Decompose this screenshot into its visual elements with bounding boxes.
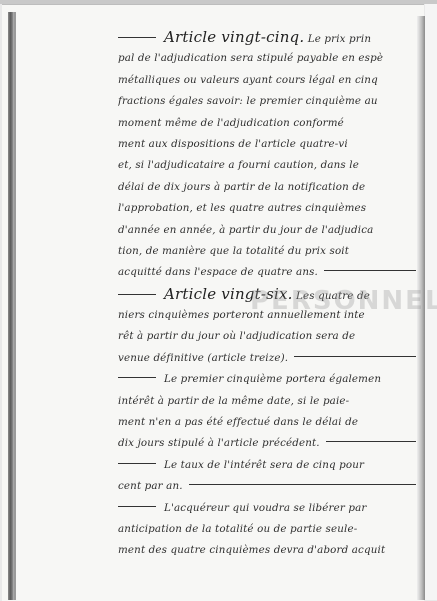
watermark: PERSONNEL (250, 286, 437, 316)
manuscript-line: Le premier cinquième portera égalemen (118, 369, 418, 390)
paragraph-dash (118, 377, 156, 378)
line-text: ment n'en a pas été effectué dans le dél… (118, 416, 358, 428)
paragraph-dash (118, 37, 156, 38)
manuscript-line: L'acquéreur qui voudra se libérer par (118, 498, 418, 519)
line-text: ment des quatre cinquièmes devra d'abord… (118, 544, 385, 556)
paragraph-dash (118, 294, 156, 295)
line-filler-dash (189, 484, 416, 485)
manuscript-line: ment n'en a pas été effectué dans le dél… (118, 412, 418, 433)
manuscript-line: cent par an. (118, 476, 418, 497)
line-text: cent par an. (118, 480, 183, 492)
manuscript-line: Le taux de l'intérêt sera de cinq pour (118, 455, 418, 476)
manuscript-line: anticipation de la totalité ou de partie… (118, 519, 418, 540)
page-binding-line (14, 12, 16, 600)
line-filler-dash (324, 270, 416, 271)
manuscript-line: métalliques ou valeurs ayant cours légal… (118, 70, 418, 91)
line-text: d'année en année, à partir du jour de l'… (118, 224, 373, 236)
line-text: Le premier cinquième portera égalemen (164, 373, 381, 385)
manuscript-line: tion, de manière que la totalité du prix… (118, 241, 418, 262)
line-text: intérêt à partir de la même date, si le … (118, 395, 349, 407)
line-text: et, si l'adjudicataire a fourni caution,… (118, 159, 359, 171)
line-text: Le taux de l'intérêt sera de cinq pour (164, 459, 364, 471)
manuscript-line: moment même de l'adjudication conformé (118, 113, 418, 134)
line-text: pal de l'adjudication sera stipulé payab… (118, 52, 383, 64)
line-text: l'approbation, et les quatre autres cinq… (118, 202, 366, 214)
line-text: rêt à partir du jour où l'adjudication s… (118, 330, 355, 342)
line-text: moment même de l'adjudication conformé (118, 117, 344, 129)
line-text: venue définitive (article treize). (118, 352, 288, 364)
manuscript-line: délai de dix jours à partir de la notifi… (118, 177, 418, 198)
manuscript-line: l'approbation, et les quatre autres cinq… (118, 198, 418, 219)
manuscript-line: dix jours stipulé à l'article précédent. (118, 433, 418, 454)
line-text: acquitté dans l'espace de quatre ans. (118, 266, 318, 278)
line-text: dix jours stipulé à l'article précédent. (118, 437, 320, 449)
manuscript-line: fractions égales savoir: le premier cinq… (118, 91, 418, 112)
manuscript-line: venue définitive (article treize). (118, 348, 418, 369)
line-filler-dash (326, 441, 416, 442)
line-text: délai de dix jours à partir de la notifi… (118, 181, 365, 193)
line-text: ment aux dispositions de l'article quatr… (118, 138, 348, 150)
line-text: métalliques ou valeurs ayant cours légal… (118, 74, 378, 86)
manuscript-line: acquitté dans l'espace de quatre ans. (118, 262, 418, 283)
manuscript-line: ment aux dispositions de l'article quatr… (118, 134, 418, 155)
manuscript-line: intérêt à partir de la même date, si le … (118, 391, 418, 412)
line-text: Le prix prin (304, 33, 371, 45)
manuscript-line: ment des quatre cinquièmes devra d'abord… (118, 540, 418, 561)
paragraph-dash (118, 463, 156, 464)
paragraph-dash (118, 506, 156, 507)
article-heading: Article vingt-cinq. (164, 28, 304, 46)
line-text: anticipation de la totalité ou de partie… (118, 523, 357, 535)
manuscript-line: Article vingt-cinq. Le prix prin (118, 27, 418, 48)
manuscript-line: pal de l'adjudication sera stipulé payab… (118, 48, 418, 69)
line-filler-dash (294, 356, 416, 357)
line-text: fractions égales savoir: le premier cinq… (118, 95, 378, 107)
manuscript-line: d'année en année, à partir du jour de l'… (118, 220, 418, 241)
line-text: L'acquéreur qui voudra se libérer par (164, 502, 366, 514)
line-text: tion, de manière que la totalité du prix… (118, 245, 349, 257)
manuscript-line: rêt à partir du jour où l'adjudication s… (118, 326, 418, 347)
manuscript-line: et, si l'adjudicataire a fourni caution,… (118, 155, 418, 176)
